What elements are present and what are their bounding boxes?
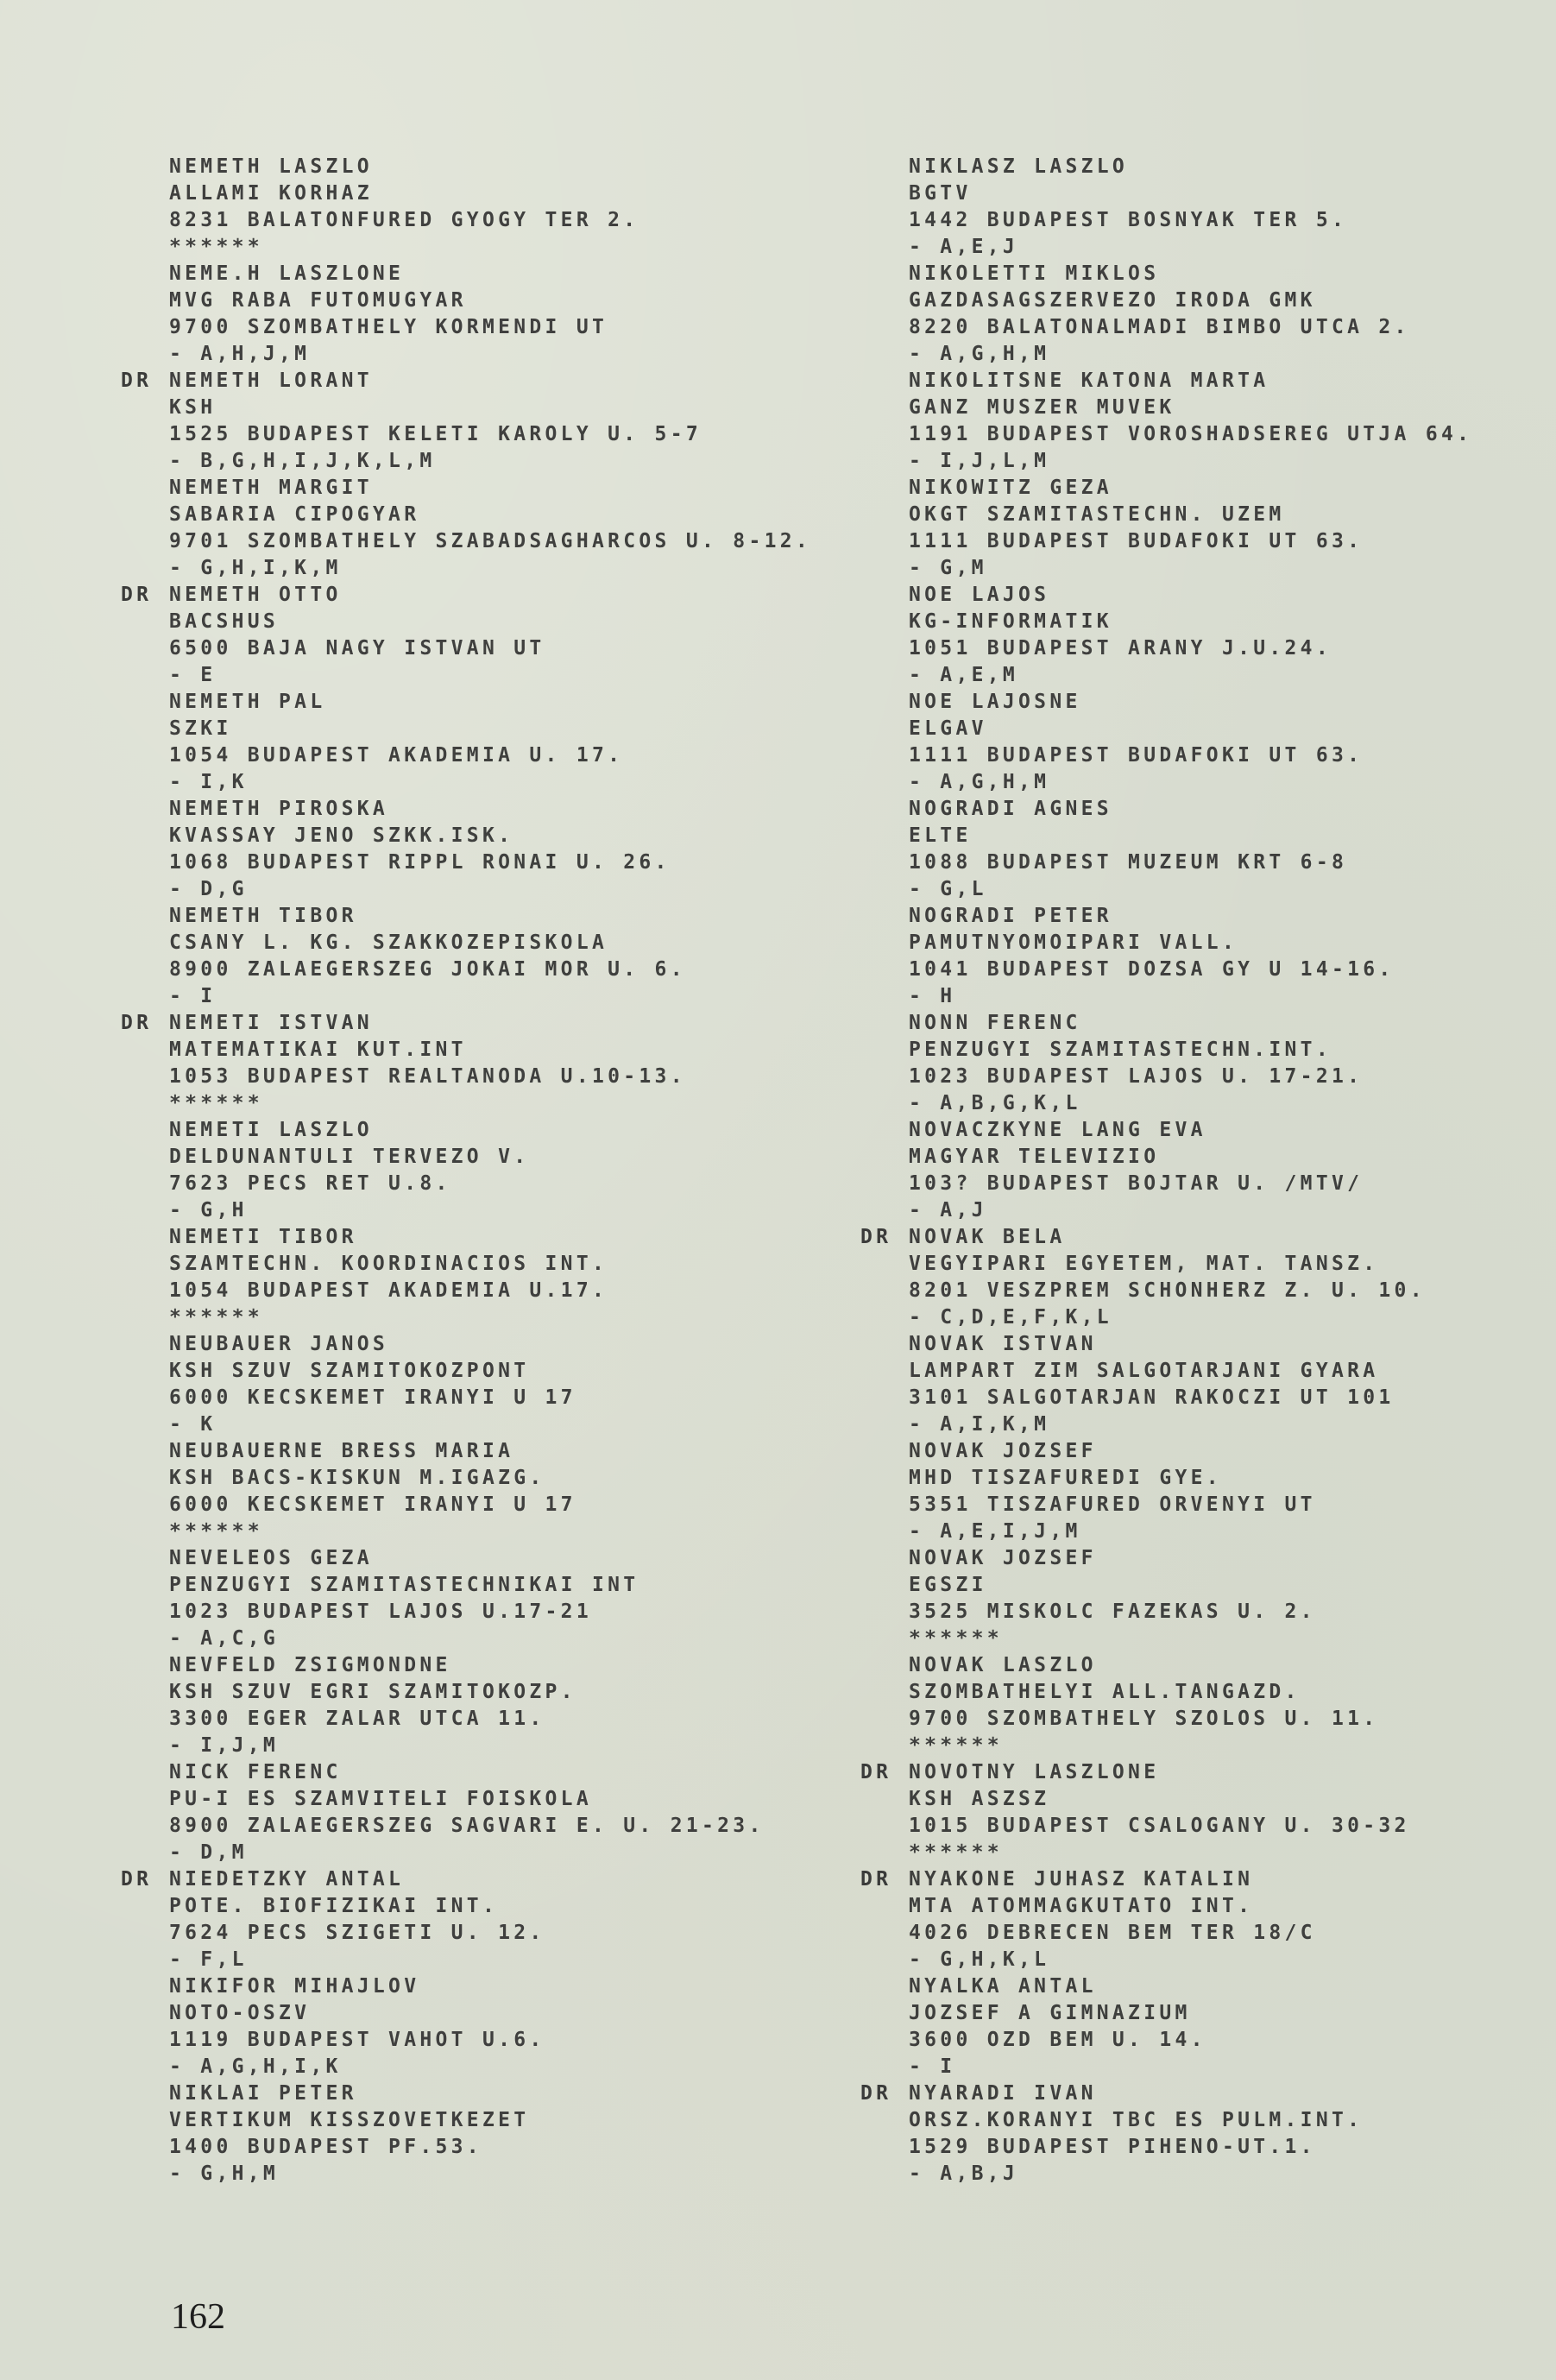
entry-codes-line: ******: [121, 1304, 811, 1331]
title-prefix: [121, 314, 169, 341]
title-prefix: [121, 1893, 169, 1920]
entry-organization: KSH BACS-KISKUN M.IGAZG.: [169, 1465, 545, 1492]
entry-name: NIKOLETTI MIKLOS: [909, 261, 1159, 287]
entry-codes: - A,J: [909, 1197, 987, 1224]
entry-organization: NOTO-OSZV: [169, 2000, 310, 2027]
entry-codes: - G,H,I,K,M: [169, 555, 342, 582]
entry-name-line: NIKOWITZ GEZA: [860, 475, 1472, 502]
entry-codes-line: - A,G,H,I,K: [121, 2054, 811, 2080]
entry-organization-line: PENZUGYI SZAMITASTECHNIKAI INT: [121, 1572, 811, 1599]
entry-organization: BACSHUS: [169, 609, 279, 635]
title-prefix: [121, 475, 169, 502]
title-prefix: [860, 555, 909, 582]
entry-organization: MTA ATOMMAGKUTATO INT.: [909, 1893, 1253, 1920]
entry-organization: MATEMATIKAI KUT.INT: [169, 1037, 467, 1064]
title-prefix: [121, 689, 169, 716]
title-prefix: [121, 528, 169, 555]
entry-name-line: NEMETI TIBOR: [121, 1224, 811, 1251]
entry-name-line: NEUBAUERNE BRESS MARIA: [121, 1438, 811, 1465]
entry-codes: - A,C,G: [169, 1626, 279, 1652]
entry-name: NYARADI IVAN: [909, 2080, 1097, 2107]
entry-address: 1529 BUDAPEST PIHENO-UT.1.: [909, 2134, 1316, 2161]
entry-codes-line: - A,B,J: [860, 2161, 1472, 2187]
directory-entry: DRNOVOTNY LASZLONEKSH ASZSZ1015 BUDAPEST…: [860, 1759, 1472, 1866]
entry-organization-line: KSH SZUV SZAMITOKOZPONT: [121, 1358, 811, 1385]
entry-name: NOGRADI AGNES: [909, 796, 1112, 823]
entry-name: NOVOTNY LASZLONE: [909, 1759, 1159, 1786]
entry-organization: KSH SZUV EGRI SZAMITOKOZP.: [169, 1679, 576, 1706]
title-prefix: [121, 1920, 169, 1947]
entry-address-line: 8231 BALATONFURED GYOGY TER 2.: [121, 207, 811, 234]
entry-address-line: 1191 BUDAPEST VOROSHADSEREG UTJA 64.: [860, 421, 1472, 448]
entry-organization-line: BGTV: [860, 180, 1472, 207]
directory-entry: DRNIEDETZKY ANTALPOTE. BIOFIZIKAI INT.76…: [121, 1866, 811, 1973]
entry-organization: BGTV: [909, 180, 972, 207]
entry-organization: LAMPART ZIM SALGOTARJANI GYARA: [909, 1358, 1378, 1385]
entry-name: NOVAK JOZSEF: [909, 1545, 1097, 1572]
entry-name: NEMETH TIBOR: [169, 903, 357, 930]
entry-address-line: 8900 ZALAEGERSZEG JOKAI MOR U. 6.: [121, 956, 811, 983]
title-prefix: [860, 2054, 909, 2080]
entry-address-line: 1054 BUDAPEST AKADEMIA U.17.: [121, 1278, 811, 1304]
entry-organization: ELGAV: [909, 716, 987, 742]
title-prefix: DR: [121, 1010, 169, 1037]
entry-address: 1015 BUDAPEST CSALOGANY U. 30-32: [909, 1813, 1410, 1840]
directory-entry: NIKOLETTI MIKLOSGAZDASAGSZERVEZO IRODA G…: [860, 261, 1472, 368]
entry-organization: SZAMTECHN. KOORDINACIOS INT.: [169, 1251, 608, 1278]
entry-name: NEMETH LORANT: [169, 368, 373, 395]
entry-name: NOVAK JOZSEF: [909, 1438, 1097, 1465]
title-prefix: [121, 1626, 169, 1652]
title-prefix: [121, 1599, 169, 1626]
entry-codes-line: ******: [860, 1626, 1472, 1652]
entry-name: NEUBAUERNE BRESS MARIA: [169, 1438, 513, 1465]
entry-codes: ******: [169, 234, 263, 261]
entry-codes-line: - G,M: [860, 555, 1472, 582]
entry-address-line: 1111 BUDAPEST BUDAFOKI UT 63.: [860, 528, 1472, 555]
entry-name: NIKOLITSNE KATONA MARTA: [909, 368, 1269, 395]
entry-address: 8231 BALATONFURED GYOGY TER 2.: [169, 207, 639, 234]
title-prefix: [860, 2027, 909, 2054]
entry-organization-line: SZAMTECHN. KOORDINACIOS INT.: [121, 1251, 811, 1278]
title-prefix: [121, 555, 169, 582]
entry-organization-line: ORSZ.KORANYI TBC ES PULM.INT.: [860, 2107, 1472, 2134]
title-prefix: [860, 930, 909, 956]
entry-organization-line: PU-I ES SZAMVITELI FOISKOLA: [121, 1786, 811, 1813]
entry-address-line: 4026 DEBRECEN BEM TER 18/C: [860, 1920, 1472, 1947]
entry-codes-line: - A,E,M: [860, 662, 1472, 689]
title-prefix: [121, 1652, 169, 1679]
entry-codes-line: - D,M: [121, 1840, 811, 1866]
entry-codes: ******: [169, 1090, 263, 1117]
title-prefix: [121, 421, 169, 448]
entry-organization-line: SZOMBATHELYI ALL.TANGAZD.: [860, 1679, 1472, 1706]
title-prefix: [121, 1733, 169, 1759]
title-prefix: [121, 1706, 169, 1733]
entry-address: 5351 TISZAFURED ORVENYI UT: [909, 1492, 1316, 1518]
title-prefix: [860, 1358, 909, 1385]
title-prefix: [860, 1572, 909, 1599]
entry-codes: - A,G,H,M: [909, 769, 1049, 796]
entry-codes: - G,L: [909, 876, 987, 903]
entry-codes: - I: [909, 2054, 955, 2080]
title-prefix: [121, 1572, 169, 1599]
entry-codes: - E: [169, 662, 216, 689]
title-prefix: [121, 2161, 169, 2187]
title-prefix: [121, 903, 169, 930]
title-prefix: [860, 207, 909, 234]
title-prefix: [860, 609, 909, 635]
entry-organization: KG-INFORMATIK: [909, 609, 1112, 635]
title-prefix: [121, 1224, 169, 1251]
entry-organization: GANZ MUSZER MUVEK: [909, 395, 1175, 421]
entry-codes: - A,I,K,M: [909, 1411, 1049, 1438]
directory-column-right: NIKLASZ LASZLOBGTV1442 BUDAPEST BOSNYAK …: [860, 154, 1472, 2187]
entry-address: 1400 BUDAPEST PF.53.: [169, 2134, 482, 2161]
entry-address-line: 103? BUDAPEST BOJTAR U. /MTV/: [860, 1171, 1472, 1197]
entry-name-line: NONN FERENC: [860, 1010, 1472, 1037]
entry-codes-line: - G,H,M: [121, 2161, 811, 2187]
entry-address: 1442 BUDAPEST BOSNYAK TER 5.: [909, 207, 1347, 234]
entry-organization: JOZSEF A GIMNAZIUM: [909, 2000, 1191, 2027]
entry-codes-line: - I,K: [121, 769, 811, 796]
directory-entry: NIKOWITZ GEZAOKGT SZAMITASTECHN. UZEM111…: [860, 475, 1472, 582]
title-prefix: [860, 234, 909, 261]
entry-address: 1054 BUDAPEST AKADEMIA U.17.: [169, 1278, 608, 1304]
title-prefix: [121, 876, 169, 903]
entry-organization: KSH: [169, 395, 216, 421]
title-prefix: [121, 154, 169, 180]
entry-address-line: 1400 BUDAPEST PF.53.: [121, 2134, 811, 2161]
entry-organization-line: KSH SZUV EGRI SZAMITOKOZP.: [121, 1679, 811, 1706]
entry-name-line: NIKLAI PETER: [121, 2080, 811, 2107]
entry-organization-line: MVG RABA FUTOMUGYAR: [121, 287, 811, 314]
title-prefix: [860, 1385, 909, 1411]
entry-codes: - A,G,H,I,K: [169, 2054, 342, 2080]
title-prefix: [121, 2054, 169, 2080]
entry-name: NEMETI TIBOR: [169, 1224, 357, 1251]
entry-name-line: NEVFELD ZSIGMONDNE: [121, 1652, 811, 1679]
entry-name-line: NEMETH PAL: [121, 689, 811, 716]
directory-entry: NIKLASZ LASZLOBGTV1442 BUDAPEST BOSNYAK …: [860, 154, 1472, 261]
entry-organization-line: EGSZI: [860, 1572, 1472, 1599]
entry-organization-line: VEGYIPARI EGYETEM, MAT. TANSZ.: [860, 1251, 1472, 1278]
entry-name: NOVAK ISTVAN: [909, 1331, 1097, 1358]
title-prefix: [860, 1626, 909, 1652]
entry-address-line: 8900 ZALAEGERSZEG SAGVARI E. U. 21-23.: [121, 1813, 811, 1840]
title-prefix: [860, 1518, 909, 1545]
entry-address-line: 1051 BUDAPEST ARANY J.U.24.: [860, 635, 1472, 662]
entry-address-line: 3300 EGER ZALAR UTCA 11.: [121, 1706, 811, 1733]
entry-organization: CSANY L. KG. SZAKKOZEPISKOLA: [169, 930, 608, 956]
entry-address-line: 7623 PECS RET U.8.: [121, 1171, 811, 1197]
entry-name: NEMETH OTTO: [169, 582, 342, 609]
title-prefix: [860, 1304, 909, 1331]
title-prefix: [860, 1144, 909, 1171]
title-prefix: [121, 956, 169, 983]
title-prefix: [121, 742, 169, 769]
entry-organization: PENZUGYI SZAMITASTECHNIKAI INT: [169, 1572, 639, 1599]
entry-address: 1051 BUDAPEST ARANY J.U.24.: [909, 635, 1332, 662]
entry-codes-line: - I: [121, 983, 811, 1010]
entry-codes: - I: [169, 983, 216, 1010]
title-prefix: [121, 635, 169, 662]
directory-entry: NOVAK ISTVANLAMPART ZIM SALGOTARJANI GYA…: [860, 1331, 1472, 1438]
directory-entry: DRNEMETH LORANTKSH1525 BUDAPEST KELETI K…: [121, 368, 811, 475]
entry-codes: - A,E,M: [909, 662, 1018, 689]
title-prefix: [121, 234, 169, 261]
title-prefix: [121, 796, 169, 823]
directory-column-left: NEMETH LASZLOALLAMI KORHAZ8231 BALATONFU…: [121, 154, 811, 2187]
entry-codes: ******: [169, 1304, 263, 1331]
entry-organization-line: MAGYAR TELEVIZIO: [860, 1144, 1472, 1171]
entry-name-line: NICK FERENC: [121, 1759, 811, 1786]
entry-codes: - D,M: [169, 1840, 248, 1866]
title-prefix: [121, 1090, 169, 1117]
title-prefix: [121, 1973, 169, 2000]
title-prefix: [121, 983, 169, 1010]
title-prefix: [121, 1947, 169, 1973]
title-prefix: [121, 1411, 169, 1438]
title-prefix: [860, 742, 909, 769]
title-prefix: [121, 287, 169, 314]
entry-name: NEMETH PAL: [169, 689, 325, 716]
title-prefix: [121, 930, 169, 956]
title-prefix: [860, 1438, 909, 1465]
entry-name-line: NOGRADI PETER: [860, 903, 1472, 930]
directory-entry: NYALKA ANTALJOZSEF A GIMNAZIUM3600 OZD B…: [860, 1973, 1472, 2080]
entry-address: 9701 SZOMBATHELY SZABADSAGHARCOS U. 8-12…: [169, 528, 811, 555]
title-prefix: [860, 2161, 909, 2187]
entry-name-line: NOE LAJOS: [860, 582, 1472, 609]
entry-organization: MAGYAR TELEVIZIO: [909, 1144, 1159, 1171]
entry-codes-line: ******: [121, 234, 811, 261]
entry-organization: DELDUNANTULI TERVEZO V.: [169, 1144, 529, 1171]
entry-codes-line: - D,G: [121, 876, 811, 903]
title-prefix: [860, 1786, 909, 1813]
title-prefix: [121, 2027, 169, 2054]
entry-address-line: 1119 BUDAPEST VAHOT U.6.: [121, 2027, 811, 2054]
entry-address: 1191 BUDAPEST VOROSHADSEREG UTJA 64.: [909, 421, 1472, 448]
title-prefix: [860, 769, 909, 796]
title-prefix: [121, 1304, 169, 1331]
entry-codes: - G,H,M: [169, 2161, 279, 2187]
directory-entry: DRNOVAK BELAVEGYIPARI EGYETEM, MAT. TANS…: [860, 1224, 1472, 1331]
title-prefix: [860, 2107, 909, 2134]
entry-address-line: 3525 MISKOLC FAZEKAS U. 2.: [860, 1599, 1472, 1626]
entry-name-line: NOE LAJOSNE: [860, 689, 1472, 716]
title-prefix: [860, 662, 909, 689]
directory-entry: NOGRADI AGNESELTE1088 BUDAPEST MUZEUM KR…: [860, 796, 1472, 903]
entry-organization-line: ELGAV: [860, 716, 1472, 742]
entry-organization: VERTIKUM KISSZOVETKEZET: [169, 2107, 529, 2134]
title-prefix: [860, 1893, 909, 1920]
entry-codes: - B,G,H,I,J,K,L,M: [169, 448, 436, 475]
title-prefix: [121, 716, 169, 742]
title-prefix: [121, 1438, 169, 1465]
entry-address: 8220 BALATONALMADI BIMBO UTCA 2.: [909, 314, 1410, 341]
entry-name: NEMETI ISTVAN: [169, 1010, 373, 1037]
entry-name-line: NIKLASZ LASZLO: [860, 154, 1472, 180]
title-prefix: [121, 769, 169, 796]
title-prefix: [121, 448, 169, 475]
entry-address-line: 1023 BUDAPEST LAJOS U.17-21: [121, 1599, 811, 1626]
entry-address-line: 9700 SZOMBATHELY KORMENDI UT: [121, 314, 811, 341]
title-prefix: [121, 1465, 169, 1492]
entry-address: 4026 DEBRECEN BEM TER 18/C: [909, 1920, 1316, 1947]
entry-codes: - I,J,L,M: [909, 448, 1049, 475]
directory-entry: NEMETH PALSZKI1054 BUDAPEST AKADEMIA U. …: [121, 689, 811, 796]
title-prefix: DR: [860, 1224, 909, 1251]
title-prefix: [860, 956, 909, 983]
entry-name: NEMETH MARGIT: [169, 475, 373, 502]
title-prefix: [860, 1117, 909, 1144]
entry-name: NOVAK LASZLO: [909, 1652, 1097, 1679]
entry-organization-line: BACSHUS: [121, 609, 811, 635]
title-prefix: [860, 1010, 909, 1037]
entry-codes: ******: [909, 1840, 1003, 1866]
entry-address: 1119 BUDAPEST VAHOT U.6.: [169, 2027, 545, 2054]
entry-organization: MVG RABA FUTOMUGYAR: [169, 287, 467, 314]
title-prefix: DR: [860, 2080, 909, 2107]
title-prefix: [121, 609, 169, 635]
entry-name-line: NOVACZKYNE LANG EVA: [860, 1117, 1472, 1144]
title-prefix: [121, 1251, 169, 1278]
entry-codes: ******: [169, 1518, 263, 1545]
entry-name-line: NEMETH PIROSKA: [121, 796, 811, 823]
title-prefix: [121, 1331, 169, 1358]
directory-entry: DRNEMETH OTTOBACSHUS6500 BAJA NAGY ISTVA…: [121, 582, 811, 689]
entry-address: 3525 MISKOLC FAZEKAS U. 2.: [909, 1599, 1316, 1626]
title-prefix: [121, 1358, 169, 1385]
entry-codes: - C,D,E,F,K,L: [909, 1304, 1112, 1331]
entry-name-line: NEMETH TIBOR: [121, 903, 811, 930]
entry-address-line: 1525 BUDAPEST KELETI KAROLY U. 5-7: [121, 421, 811, 448]
entry-name: NOE LAJOS: [909, 582, 1049, 609]
title-prefix: [121, 261, 169, 287]
entry-organization: SZOMBATHELYI ALL.TANGAZD.: [909, 1679, 1301, 1706]
entry-name-line: DRNEMETI ISTVAN: [121, 1010, 811, 1037]
title-prefix: [860, 635, 909, 662]
directory-entry: NEMETH MARGITSABARIA CIPOGYAR9701 SZOMBA…: [121, 475, 811, 582]
directory-entry: NEMETI LASZLODELDUNANTULI TERVEZO V.7623…: [121, 1117, 811, 1224]
title-prefix: [121, 1385, 169, 1411]
title-prefix: [860, 261, 909, 287]
entry-codes: - A,E,J: [909, 234, 1018, 261]
entry-codes: - I,K: [169, 769, 248, 796]
title-prefix: [860, 796, 909, 823]
title-prefix: [860, 1090, 909, 1117]
title-prefix: [860, 1840, 909, 1866]
entry-codes-line: - B,G,H,I,J,K,L,M: [121, 448, 811, 475]
title-prefix: [121, 2080, 169, 2107]
entry-organization-line: KSH: [121, 395, 811, 421]
directory-entry: NIKOLITSNE KATONA MARTAGANZ MUSZER MUVEK…: [860, 368, 1472, 475]
entry-name-line: NIKIFOR MIHAJLOV: [121, 1973, 811, 2000]
entry-address: 1068 BUDAPEST RIPPL RONAI U. 26.: [169, 849, 671, 876]
entry-organization: PENZUGYI SZAMITASTECHN.INT.: [909, 1037, 1332, 1064]
title-prefix: [860, 502, 909, 528]
entry-address-line: 5351 TISZAFURED ORVENYI UT: [860, 1492, 1472, 1518]
entry-name: NYAKONE JUHASZ KATALIN: [909, 1866, 1253, 1893]
entry-address: 9700 SZOMBATHELY KORMENDI UT: [169, 314, 608, 341]
entry-address-line: 6000 KECSKEMET IRANYI U 17: [121, 1385, 811, 1411]
entry-organization: POTE. BIOFIZIKAI INT.: [169, 1893, 498, 1920]
entry-address-line: 8220 BALATONALMADI BIMBO UTCA 2.: [860, 314, 1472, 341]
entry-codes-line: - A,H,J,M: [121, 341, 811, 368]
title-prefix: [860, 1652, 909, 1679]
entry-codes-line: ******: [860, 1840, 1472, 1866]
title-prefix: [121, 1759, 169, 1786]
entry-organization-line: DELDUNANTULI TERVEZO V.: [121, 1144, 811, 1171]
entry-address: 1525 BUDAPEST KELETI KAROLY U. 5-7: [169, 421, 702, 448]
title-prefix: [121, 207, 169, 234]
entry-organization-line: KSH ASZSZ: [860, 1786, 1472, 1813]
entry-codes-line: - G,H,I,K,M: [121, 555, 811, 582]
entry-name-line: NOVAK JOZSEF: [860, 1545, 1472, 1572]
entry-codes-line: - C,D,E,F,K,L: [860, 1304, 1472, 1331]
entry-address-line: 1068 BUDAPEST RIPPL RONAI U. 26.: [121, 849, 811, 876]
entry-organization-line: SABARIA CIPOGYAR: [121, 502, 811, 528]
entry-codes-line: ******: [121, 1518, 811, 1545]
title-prefix: [860, 903, 909, 930]
entry-name-line: NOGRADI AGNES: [860, 796, 1472, 823]
entry-organization: PAMUTNYOMOIPARI VALL.: [909, 930, 1238, 956]
entry-name: NEMETI LASZLO: [169, 1117, 373, 1144]
title-prefix: [860, 1813, 909, 1840]
entry-codes: - I,J,M: [169, 1733, 279, 1759]
title-prefix: [121, 1117, 169, 1144]
title-prefix: [860, 689, 909, 716]
title-prefix: [860, 1492, 909, 1518]
entry-organization: ALLAMI KORHAZ: [169, 180, 373, 207]
title-prefix: [860, 849, 909, 876]
entry-name: NIKLAI PETER: [169, 2080, 357, 2107]
title-prefix: [860, 983, 909, 1010]
entry-codes: - F,L: [169, 1947, 248, 1973]
entry-organization: VEGYIPARI EGYETEM, MAT. TANSZ.: [909, 1251, 1378, 1278]
title-prefix: [860, 395, 909, 421]
entry-address: 1023 BUDAPEST LAJOS U.17-21: [169, 1599, 592, 1626]
directory-entry: DRNYARADI IVANORSZ.KORANYI TBC ES PULM.I…: [860, 2080, 1472, 2187]
directory-entry: NEMETH PIROSKAKVASSAY JENO SZKK.ISK.1068…: [121, 796, 811, 903]
entry-name-line: NEMETH MARGIT: [121, 475, 811, 502]
title-prefix: [121, 1064, 169, 1090]
title-prefix: [860, 2134, 909, 2161]
entry-codes: - A,E,I,J,M: [909, 1518, 1081, 1545]
title-prefix: [860, 716, 909, 742]
entry-organization-line: MHD TISZAFUREDI GYE.: [860, 1465, 1472, 1492]
entry-name: NEVFELD ZSIGMONDNE: [169, 1652, 451, 1679]
entry-address: 1041 BUDAPEST DOZSA GY U 14-16.: [909, 956, 1395, 983]
title-prefix: [860, 475, 909, 502]
entry-organization: MHD TISZAFUREDI GYE.: [909, 1465, 1222, 1492]
title-prefix: [121, 2134, 169, 2161]
title-prefix: [860, 1920, 909, 1947]
entry-organization-line: ALLAMI KORHAZ: [121, 180, 811, 207]
title-prefix: [121, 180, 169, 207]
entry-address-line: 7624 PECS SZIGETI U. 12.: [121, 1920, 811, 1947]
entry-codes: - G,M: [909, 555, 987, 582]
entry-address: 1088 BUDAPEST MUZEUM KRT 6-8: [909, 849, 1347, 876]
entry-address: 8900 ZALAEGERSZEG JOKAI MOR U. 6.: [169, 956, 686, 983]
directory-entry: NEUBAUERNE BRESS MARIAKSH BACS-KISKUN M.…: [121, 1438, 811, 1545]
entry-name: NIKLASZ LASZLO: [909, 154, 1128, 180]
entry-address: 6000 KECSKEMET IRANYI U 17: [169, 1385, 576, 1411]
entry-name-line: NEMETI LASZLO: [121, 1117, 811, 1144]
title-prefix: [121, 823, 169, 849]
title-prefix: [860, 1331, 909, 1358]
